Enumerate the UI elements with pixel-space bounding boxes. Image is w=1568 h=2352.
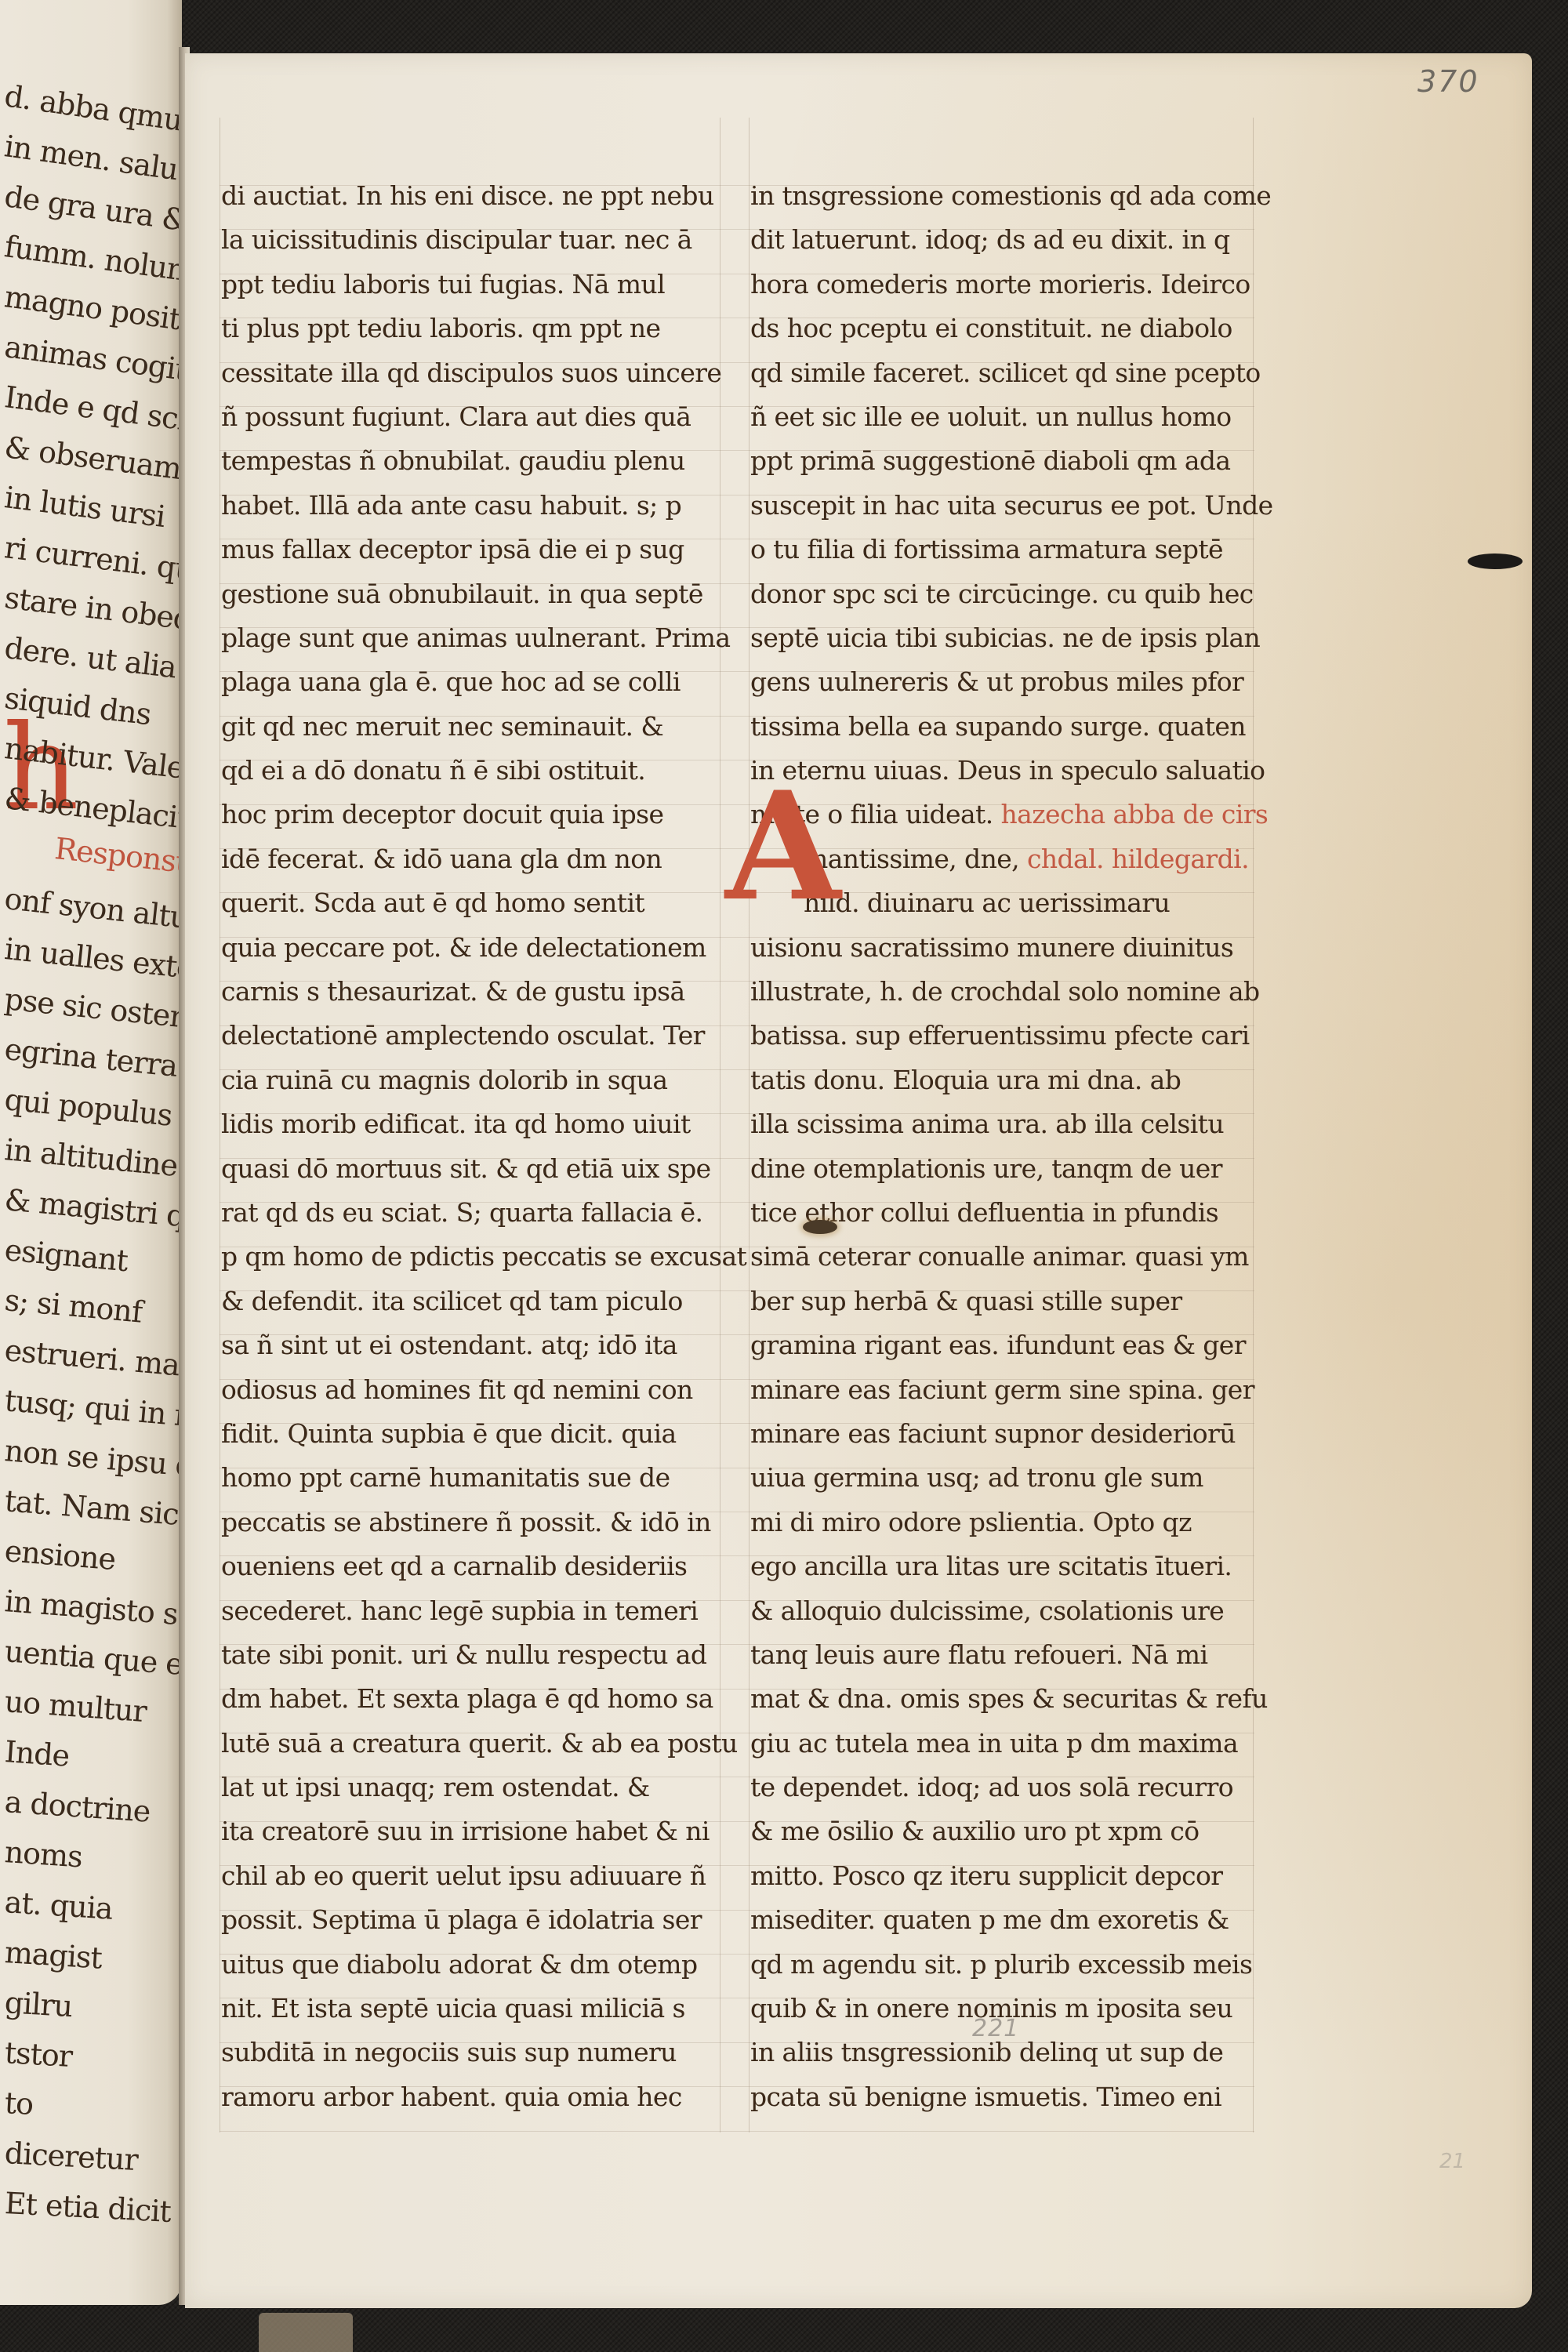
- manuscript-line: ppt tediu laboris tui fugias. Nā mul: [221, 263, 723, 307]
- line-text: minare eas faciunt germ sine spina. ger: [750, 1374, 1254, 1405]
- line-text: ber sup herbā & quasi stille super: [750, 1286, 1182, 1316]
- left-page-line: magist: [4, 1935, 103, 1976]
- line-text: tissima bella ea supando surge. quaten: [750, 711, 1246, 742]
- line-text: dine otemplationis ure, tanqm de uer: [750, 1153, 1222, 1184]
- line-text: illustrate, h. de crochdal solo nomine a…: [750, 976, 1260, 1007]
- line-text: tanq leuis aure flatu refoueri. Nā mi: [750, 1639, 1207, 1670]
- manuscript-line: tatis donu. Eloquia ura mi dna. ab: [750, 1058, 1252, 1102]
- manuscript-line: tate sibi ponit. uri & nullu respectu ad: [221, 1633, 723, 1677]
- line-text: tatis donu. Eloquia ura mi dna. ab: [750, 1065, 1181, 1095]
- left-page-line: gilru: [4, 1985, 74, 2024]
- manuscript-line: pcata sū benigne ismuetis. Timeo eni: [750, 2075, 1252, 2119]
- line-text: qd simile faceret. scilicet qd sine pcep…: [750, 358, 1261, 388]
- left-page-line: ensione: [3, 1534, 116, 1577]
- manuscript-line: misediter. quaten p me dm exoretis &: [750, 1898, 1252, 1942]
- manuscript-line: oueniens eet qd a carnalib desideriis: [221, 1544, 723, 1588]
- manuscript-line: dine otemplationis ure, tanqm de uer: [750, 1147, 1252, 1191]
- manuscript-line: ego ancilla ura litas ure scitatis ītuer…: [750, 1544, 1252, 1588]
- manuscript-line: giu ac tutela mea in uita p dm maxima: [750, 1722, 1252, 1766]
- left-page-line: in ualles extendit: [3, 931, 182, 991]
- line-text: uisionu sacratissimo munere diuinitus: [750, 932, 1233, 963]
- binding-tab: [259, 2313, 353, 2352]
- left-page-line: to: [4, 2085, 34, 2122]
- manuscript-line: mat & dna. omis spes & securitas & refu: [750, 1677, 1252, 1721]
- text-column-a: di auctiat. In his eni disce. ne ppt neb…: [221, 174, 723, 2119]
- line-text: suscepit in hac uita securus ee pot. Und…: [750, 490, 1273, 521]
- manuscript-line: idē fecerat. & idō uana gla dm non: [221, 837, 723, 881]
- manuscript-line: tempestas ñ obnubilat. gaudiu plenu: [221, 439, 723, 483]
- manuscript-line: mitto. Posco qz iteru supplicit depcor: [750, 1854, 1252, 1898]
- ruling-line: [749, 118, 750, 2132]
- line-text: pcata sū benigne ismuetis. Timeo eni: [750, 2082, 1221, 2112]
- manuscript-line: qd simile faceret. scilicet qd sine pcep…: [750, 351, 1252, 395]
- manuscript-line: querit. Scda aut ē qd homo sentit: [221, 881, 723, 925]
- line-text: & alloquio dulcissime, csolationis ure: [750, 1595, 1224, 1626]
- manuscript-line: lutē suā a creatura querit. & ab ea post…: [221, 1722, 723, 1766]
- left-page-line: in altitudine syon: [3, 1132, 182, 1190]
- manuscript-line: & me ōsilio & auxilio uro pt xpm cō: [750, 1809, 1252, 1853]
- manuscript-line: chil ab eo querit uelut ipsu adiuuare ñ: [221, 1854, 723, 1898]
- left-page-line: dere. ut alia: [2, 630, 178, 684]
- manuscript-line: ita creatorē suu in irrisione habet & ni: [221, 1809, 723, 1853]
- left-page-line: estrueri. magna: [3, 1333, 182, 1387]
- left-page-line: esignant: [3, 1232, 129, 1278]
- manuscript-line: nit. Et ista septē uicia quasi miliciā s: [221, 1987, 723, 2031]
- manuscript-line: simā ceterar conualle animar. quasi ym: [750, 1235, 1252, 1279]
- manuscript-line: batissa. sup efferuentissimu pfecte cari: [750, 1014, 1252, 1058]
- manuscript-line: illa scissima anima ura. ab illa celsitu: [750, 1102, 1252, 1146]
- manuscript-line: & alloquio dulcissime, csolationis ure: [750, 1589, 1252, 1633]
- left-page-line: diceretur: [4, 2136, 139, 2177]
- ruling-line: [220, 2131, 1254, 2132]
- left-page-line: noms: [4, 1835, 84, 1874]
- ruling-line: [1253, 118, 1254, 2132]
- manuscript-line: mi di miro odore pslientia. Opto qz: [750, 1501, 1252, 1544]
- manuscript-line: fidit. Quinta supbia ē que dicit. quia: [221, 1412, 723, 1456]
- manuscript-line: di auctiat. In his eni disce. ne ppt neb…: [221, 174, 723, 218]
- manuscript-line: septē uicia tibi subicias. ne de ipsis p…: [750, 616, 1252, 660]
- manuscript-line: suscepit in hac uita securus ee pot. Und…: [750, 484, 1252, 528]
- manuscript-line: ramoru arbor habent. quia omia hec: [221, 2075, 723, 2119]
- rubric-text: hazecha abba de cirs: [1001, 799, 1269, 829]
- left-page-verso: h d. abba qmuis idigna fain men. salute …: [0, 0, 182, 2305]
- left-page-line: in magisto stant: [3, 1584, 182, 1635]
- manuscript-line: cessitate illa qd discipulos suos uincer…: [221, 351, 723, 395]
- line-text: hild. diuinaru ac uerissimaru: [804, 887, 1170, 918]
- manuscript-line: ppt primā suggestionē diaboli qm ada: [750, 439, 1252, 483]
- foot-page-number: 221: [972, 2015, 1019, 2042]
- manuscript-line: quia peccare pot. & ide delectationem: [221, 926, 723, 970]
- left-page-line: tstor: [4, 2035, 73, 2074]
- line-text: ppt primā suggestionē diaboli qm ada: [750, 445, 1231, 476]
- manuscript-line: tissima bella ea supando surge. quaten: [750, 705, 1252, 749]
- manuscript-line: rat qd ds eu sciat. S; quarta fallacia ē…: [221, 1191, 723, 1235]
- manuscript-line: mus fallax deceptor ipsā die ei p sug: [221, 528, 723, 572]
- line-text: uiua germina usq; ad tronu gle sum: [750, 1462, 1203, 1493]
- left-page-line: ri curreni. quid: [2, 530, 182, 590]
- manuscript-line: qd ei a dō donatu ñ ē sibi ostituit.: [221, 749, 723, 793]
- manuscript-line: illustrate, h. de crochdal solo nomine a…: [750, 970, 1252, 1014]
- manuscript-line: gestione suā obnubilauit. in qua septē: [221, 572, 723, 616]
- line-text: ds hoc pceptu ei constituit. ne diabolo: [750, 313, 1232, 343]
- line-text: batissa. sup efferuentissimu pfecte cari: [750, 1020, 1250, 1051]
- line-text: giu ac tutela mea in uita p dm maxima: [750, 1728, 1238, 1759]
- manuscript-line: in tnsgressione comestionis qd ada come: [750, 174, 1252, 218]
- left-page-line: tusq; qui in magistro: [3, 1383, 182, 1443]
- text-column-b: in tnsgressione comestionis qd ada comed…: [750, 174, 1252, 2119]
- folio-number: 370: [1417, 64, 1479, 99]
- manuscript-line: hora comederis morte morieris. Ideirco: [750, 263, 1252, 307]
- left-page-line: uentia que est: [3, 1634, 182, 1683]
- manuscript-line: p qm homo de pdictis peccatis se excusat: [221, 1235, 723, 1279]
- manuscript-line: ti plus ppt tediu laboris. qm ppt ne: [221, 307, 723, 350]
- line-text: & me ōsilio & auxilio uro pt xpm cō: [750, 1816, 1200, 1846]
- manuscript-line: uiua germina usq; ad tronu gle sum: [750, 1456, 1252, 1500]
- line-text: simā ceterar conualle animar. quasi ym: [750, 1241, 1249, 1272]
- line-text: mi di miro odore pslientia. Opto qz: [750, 1507, 1192, 1537]
- manuscript-line: possit. Septima ū plaga ē idolatria ser: [221, 1898, 723, 1942]
- manuscript-line: dit latuerunt. idoq; ds ad eu dixit. in …: [750, 218, 1252, 262]
- line-text: o tu filia di fortissima armatura septē: [750, 534, 1223, 564]
- line-text: mat & dna. omis spes & securitas & refu: [750, 1683, 1268, 1714]
- line-text: gramina rigant eas. ifundunt eas & ger: [750, 1330, 1246, 1360]
- manuscript-line: git qd nec meruit nec seminauit. &: [221, 705, 723, 749]
- left-page-line: & magistri qui: [3, 1182, 182, 1236]
- left-page-line: a doctrine: [3, 1784, 151, 1829]
- line-text: qd m agendu sit. p plurib excessib meis: [750, 1949, 1252, 1980]
- manuscript-line: minare eas faciunt supnor desideriorū: [750, 1412, 1252, 1456]
- manuscript-line: homo ppt carnē humanitatis sue de: [221, 1456, 723, 1500]
- manuscript-line: plage sunt que animas uulnerant. Prima: [221, 616, 723, 660]
- manuscript-line: odiosus ad homines fit qd nemini con: [221, 1368, 723, 1412]
- manuscript-line: ñ eet sic ille ee uoluit. un nullus homo: [750, 395, 1252, 439]
- manuscript-line: donor spc sci te circūcinge. cu quib hec: [750, 572, 1252, 616]
- manuscript-line: gens uulnereris & ut probus miles pfor: [750, 660, 1252, 704]
- line-text: septē uicia tibi subicias. ne de ipsis p…: [750, 622, 1260, 653]
- manuscript-line: minare eas faciunt germ sine spina. ger: [750, 1368, 1252, 1412]
- manuscript-line: qd m agendu sit. p plurib excessib meis: [750, 1943, 1252, 1987]
- left-page-line: non se ipsu deponat: [3, 1433, 182, 1491]
- manuscript-line: te dependet. idoq; ad uos solā recurro: [750, 1766, 1252, 1809]
- manuscript-line: uitus que diabolu adorat & dm otemp: [221, 1943, 723, 1987]
- manuscript-line: quasi dō mortuus sit. & qd etiā uix spe: [221, 1147, 723, 1191]
- manuscript-line: gramina rigant eas. ifundunt eas & ger: [750, 1323, 1252, 1367]
- line-text: misediter. quaten p me dm exoretis &: [750, 1904, 1229, 1935]
- manuscript-line: cia ruinā cu magnis dolorib in squa: [221, 1058, 723, 1102]
- manuscript-line: delectationē amplectendo osculat. Ter: [221, 1014, 723, 1058]
- line-text: hora comederis morte morieris. Ideirco: [750, 269, 1250, 299]
- page-edge-hole: [1468, 554, 1523, 569]
- manuscript-line: o tu filia di fortissima armatura septē: [750, 528, 1252, 572]
- rubricated-drop-initial: A: [725, 772, 840, 921]
- manuscript-line: ber sup herbā & quasi stille super: [750, 1279, 1252, 1323]
- line-text: te dependet. idoq; ad uos solā recurro: [750, 1772, 1233, 1802]
- manuscript-line: ds hoc pceptu ei constituit. ne diabolo: [750, 307, 1252, 350]
- line-text: in tnsgressione comestionis qd ada come: [750, 180, 1271, 211]
- manuscript-line: ñ possunt fugiunt. Clara aut dies quā: [221, 395, 723, 439]
- manuscript-line: hoc prim deceptor docuit quia ipse: [221, 793, 723, 837]
- manuscript-line: dm habet. Et sexta plaga ē qd homo sa: [221, 1677, 723, 1721]
- ink-stain: [803, 1220, 837, 1234]
- line-text: mitto. Posco qz iteru supplicit depcor: [750, 1860, 1222, 1891]
- line-text: gens uulnereris & ut probus miles pfor: [750, 666, 1243, 697]
- manuscript-line: lat ut ipsi unaqq; rem ostendat. &: [221, 1766, 723, 1809]
- left-page-line: Inde: [3, 1734, 70, 1773]
- manuscript-line: sa ñ sint ut ei ostendant. atq; idō ita: [221, 1323, 723, 1367]
- rubric-text: chdal. hildegardi.: [1027, 844, 1249, 874]
- manuscript-line: habet. Illā ada ante casu habuit. s; p: [221, 484, 723, 528]
- left-page-line: tat. Nam sic monf: [3, 1483, 182, 1538]
- left-page-line: uo multur: [3, 1684, 147, 1729]
- manuscript-line: peccatis se abstinere ñ possit. & idō in: [221, 1501, 723, 1544]
- line-text: minare eas faciunt supnor desideriorū: [750, 1418, 1236, 1449]
- line-text: dit latuerunt. idoq; ds ad eu dixit. in …: [750, 224, 1230, 255]
- left-page-line: s; si monf: [3, 1283, 143, 1329]
- corner-mark: 21: [1439, 2150, 1465, 2173]
- manuscript-line: carnis s thesaurizat. & de gustu ipsā: [221, 970, 723, 1014]
- left-page-line: in lutis ursi: [2, 480, 166, 534]
- manuscript-line: & defendit. ita scilicet qd tam piculo: [221, 1279, 723, 1323]
- manuscript-line: lidis morib edificat. ita qd homo uiuit: [221, 1102, 723, 1146]
- manuscript-line: la uicissitudinis discipular tuar. nec ā: [221, 218, 723, 262]
- line-text: donor spc sci te circūcinge. cu quib hec: [750, 579, 1254, 609]
- manuscript-line: plaga uana gla ē. que hoc ad se colli: [221, 660, 723, 704]
- left-page-line: Et etia dicit: [4, 2186, 172, 2229]
- line-text: ego ancilla ura litas ure scitatis ītuer…: [750, 1551, 1232, 1581]
- line-text: ñ eet sic ille ee uoluit. un nullus homo: [750, 401, 1232, 432]
- line-text: illa scissima anima ura. ab illa celsitu: [750, 1109, 1224, 1139]
- manuscript-line: tanq leuis aure flatu refoueri. Nā mi: [750, 1633, 1252, 1677]
- manuscript-line: secederet. hanc legē supbia in temeri: [221, 1589, 723, 1633]
- manuscript-line: subditā in negociis suis sup numeru: [221, 2031, 723, 2074]
- ruling-line: [220, 118, 220, 2132]
- left-page-line: at. quia: [4, 1885, 114, 1926]
